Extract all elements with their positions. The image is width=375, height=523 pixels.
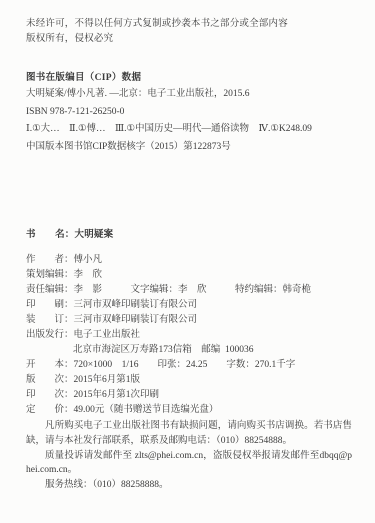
publisher-row: 出版发行：电子工业出版社 bbox=[26, 328, 352, 343]
service-hotline-note: 服务热线：（010）88258888。 bbox=[26, 478, 352, 493]
printer-row: 印 刷：三河市双峰印刷装订有限公司 bbox=[26, 298, 352, 313]
price-row: 定 价：49.00元（随书赠送节目选编光盘） bbox=[26, 403, 352, 418]
exchange-note: 凡所购买电子工业出版社图书有缺损问题，请向购买书店调换。若书店售缺，请与本社发行… bbox=[26, 419, 352, 449]
format-row: 开 本：720×1000 1/16 印张：24.25 字数：270.1千字 bbox=[26, 358, 352, 373]
editors-row: 责任编辑：李 影 文字编辑：李 欣 特约编辑：韩奇桅 bbox=[26, 283, 352, 298]
book-copyright-page: 未经许可，不得以任何方式复制或抄袭本书之部分或全部内容 版权所有，侵权必究 图书… bbox=[0, 0, 375, 523]
book-title-row: 书 名：大明疑案 bbox=[26, 228, 352, 243]
cip-record-number: 中国版本图书馆CIP数据核字（2015）第122873号 bbox=[26, 139, 352, 157]
cip-data-block: 图书在版编目（CIP）数据 大明疑案/傅小凡著. —北京：电子工业出版社，201… bbox=[26, 71, 352, 156]
author-row: 作 者：傅小凡 bbox=[26, 253, 352, 268]
edition-row: 版 次：2015年6月第1版 bbox=[26, 373, 352, 388]
purchase-service-notes: 凡所购买电子工业出版社图书有缺损问题，请向购买书店调换。若书店售缺，请与本社发行… bbox=[26, 419, 352, 493]
notice-line-2: 版权所有，侵权必究 bbox=[26, 32, 352, 47]
binder-row: 装 订：三河市双峰印刷装订有限公司 bbox=[26, 313, 352, 328]
impression-row: 印 次：2015年6月第1次印刷 bbox=[26, 388, 352, 403]
copyright-notice: 未经许可，不得以任何方式复制或抄袭本书之部分或全部内容 版权所有，侵权必究 bbox=[26, 17, 352, 47]
notice-line-1: 未经许可，不得以任何方式复制或抄袭本书之部分或全部内容 bbox=[26, 17, 352, 32]
complaint-email-note: 质量投诉请发邮件至 zlts@phei.com.cn，盗版侵权举报请发邮件至db… bbox=[26, 449, 352, 479]
cip-classification: Ⅰ.①大… Ⅱ.①傅… Ⅲ.①中国历史—明代—通俗读物 Ⅳ.①K248.09 bbox=[26, 121, 352, 139]
cip-heading: 图书在版编目（CIP）数据 bbox=[26, 71, 352, 86]
colophon-block: 书 名：大明疑案 作 者：傅小凡 策划编辑：李 欣 责任编辑：李 影 文字编辑：… bbox=[26, 228, 352, 418]
planning-editor-row: 策划编辑：李 欣 bbox=[26, 268, 352, 283]
publisher-address-row: 北京市海淀区万寿路173信箱 邮编 100036 bbox=[26, 343, 352, 358]
cip-isbn: ISBN 978-7-121-26250-0 bbox=[26, 104, 352, 122]
cip-description: 大明疑案/傅小凡著. —北京：电子工业出版社，2015.6 bbox=[26, 86, 352, 104]
